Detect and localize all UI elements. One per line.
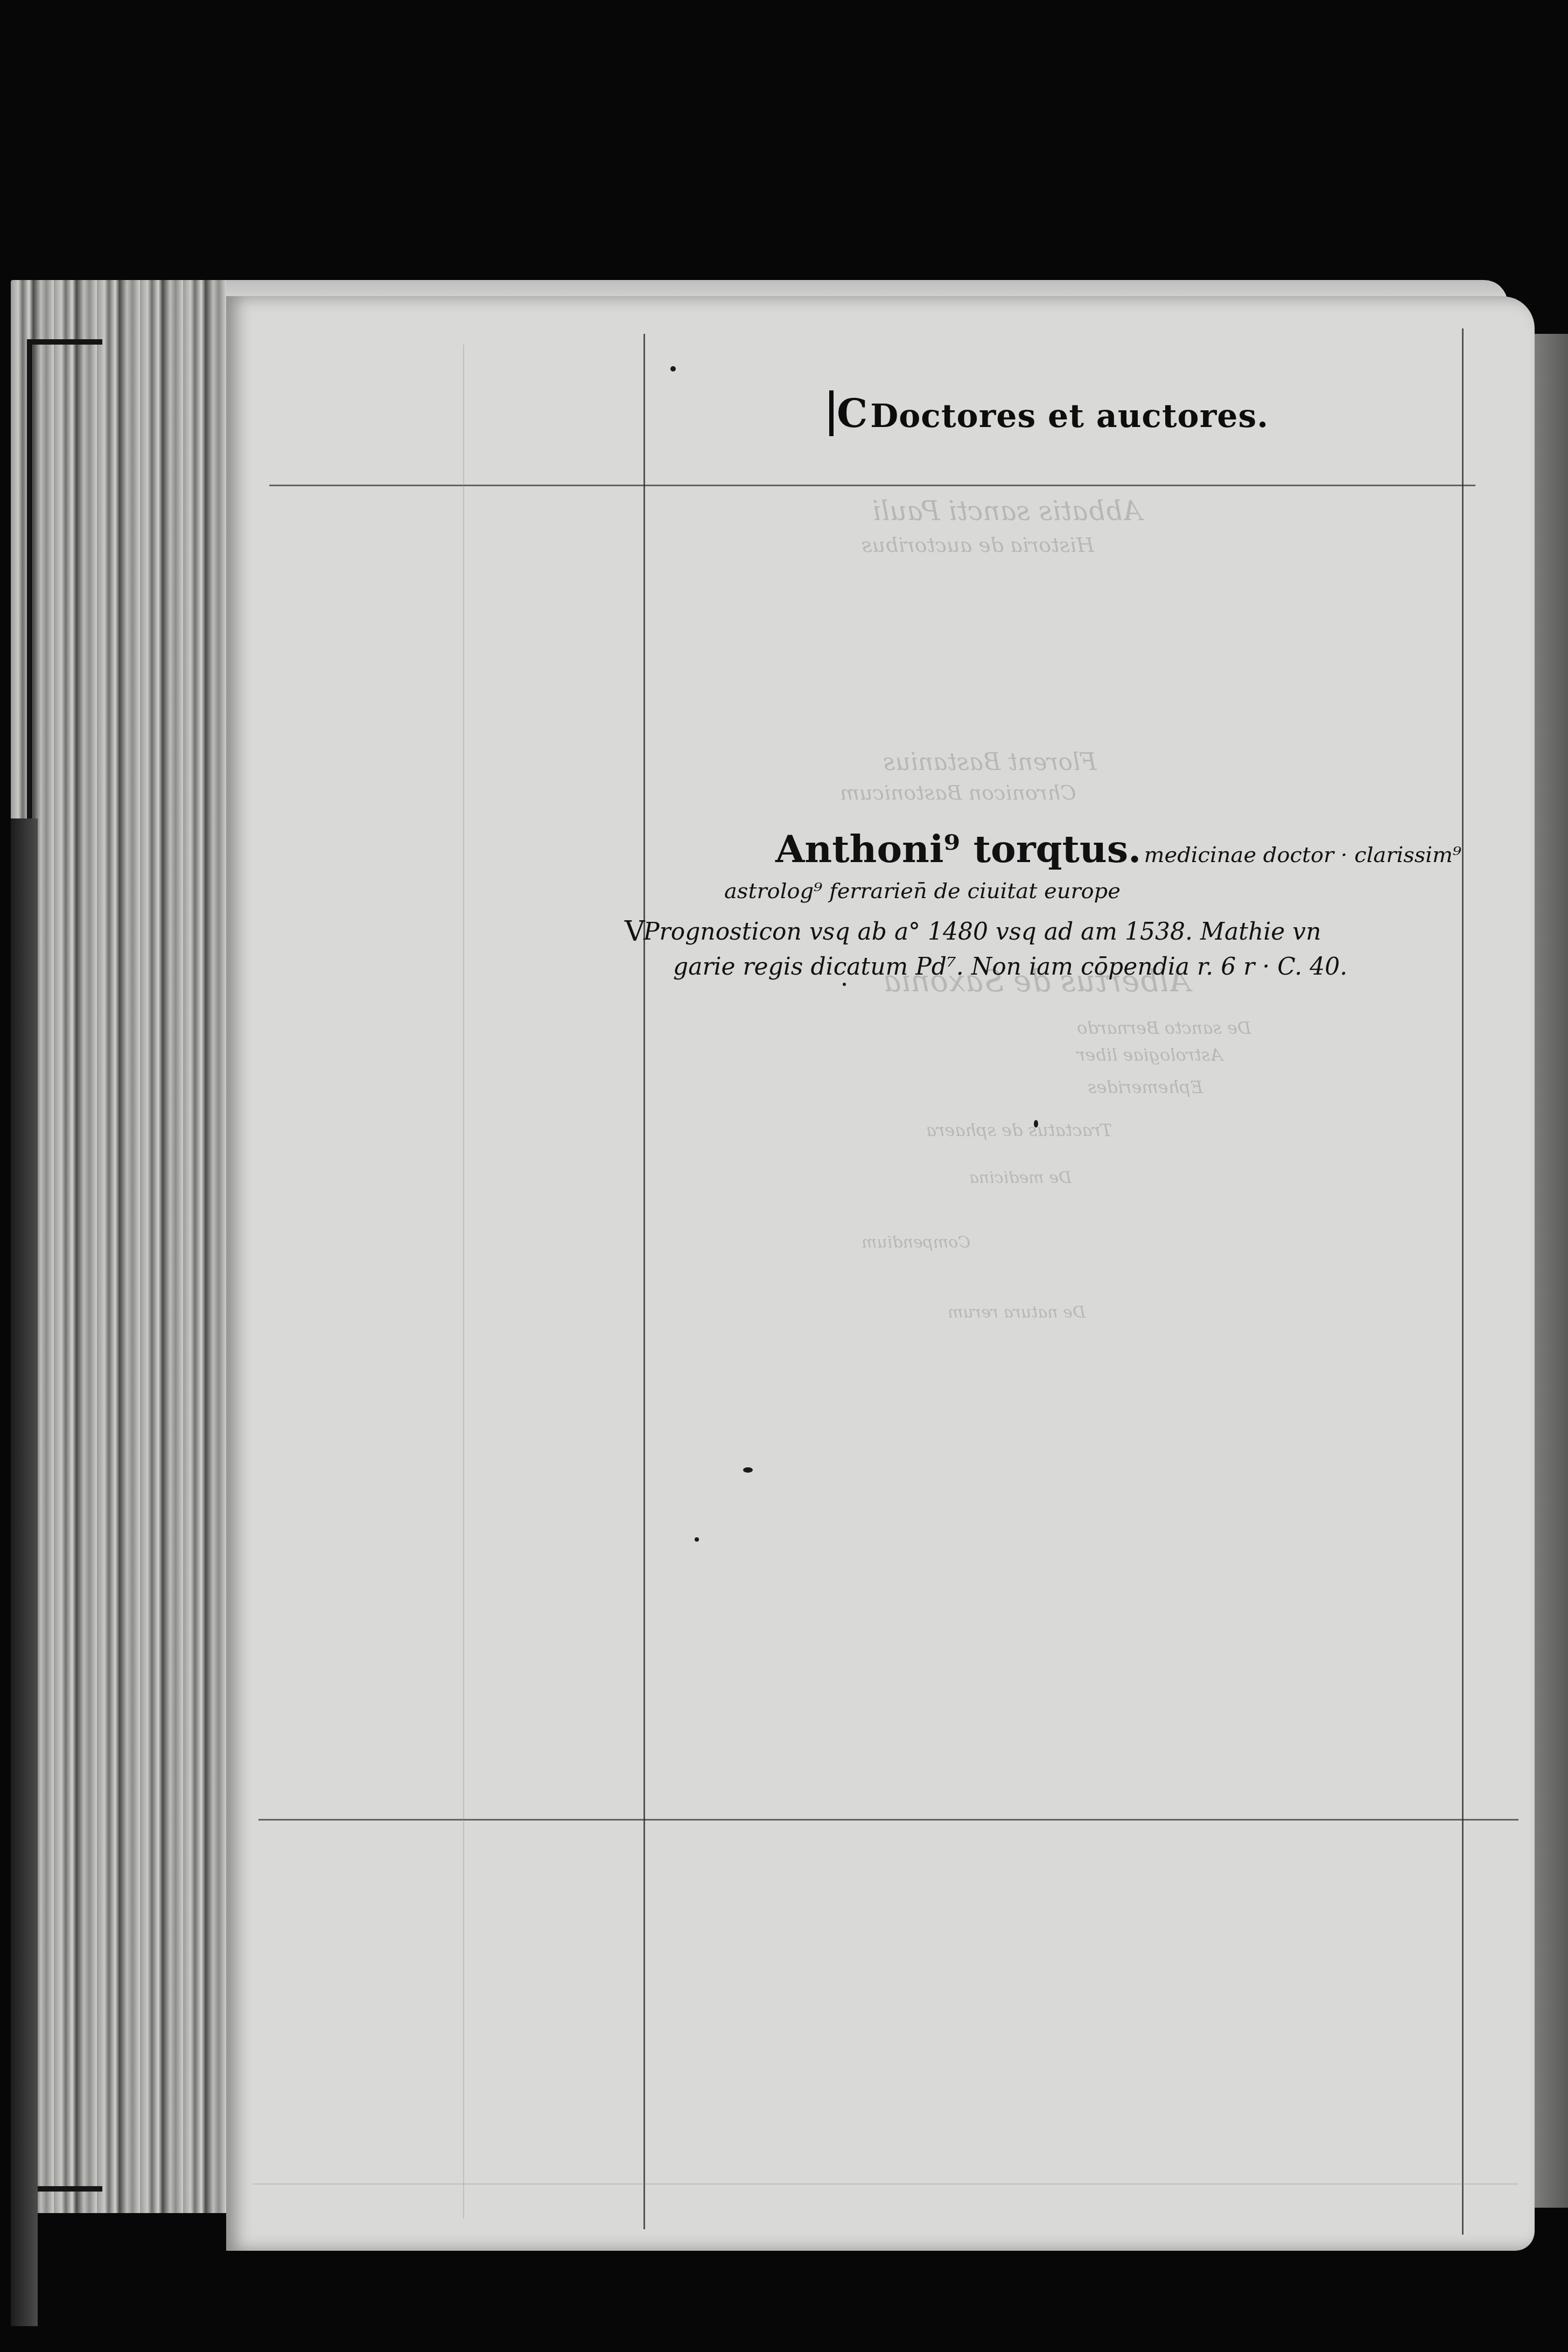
bleed-through-line: Ephemerides — [1088, 1077, 1203, 1097]
bleed-through-line: Chronicon Bastonicum — [840, 781, 1076, 804]
header-rule — [269, 485, 1475, 486]
ink-speck — [670, 366, 676, 372]
entry-description-1: medicinae doctor · clarissim⁹ — [1144, 843, 1461, 867]
entry-name: Anthoni⁹ torqtus. — [775, 827, 1142, 871]
page-stack-edges — [11, 280, 237, 2213]
bottom-page-rule — [253, 2183, 1518, 2185]
bleed-through-line: Tractatus de sphaera — [926, 1120, 1112, 1140]
bleed-through-line: De sancto Bernardo — [1077, 1018, 1251, 1038]
entry-heading: Anthoni⁹ torqtus. medicinae doctor · cla… — [775, 827, 1461, 871]
ink-speck — [1034, 1120, 1038, 1128]
entry-marker: V — [625, 915, 645, 948]
page-header: CDoctores et auctores. — [829, 390, 1269, 436]
entry-text-line-2: garie regis dicatum Pd⁷. Non iam cōpendi… — [673, 953, 1347, 981]
header-title: Doctores et auctores. — [870, 397, 1269, 435]
inner-margin-rule — [463, 345, 464, 2218]
bleed-through-line: Compendium — [862, 1233, 970, 1252]
ink-speck — [843, 983, 846, 986]
ink-speck — [695, 1537, 699, 1542]
bleed-through-line: Astrologiae liber — [1077, 1045, 1223, 1065]
bleed-through-line: Historia de auctoribus — [862, 533, 1094, 557]
entry-description-2: astrolog⁹ ferrarien̄ de ciuitat europe — [724, 879, 1121, 904]
binding-edge — [11, 818, 38, 2326]
bleed-through-line: De natura rerum — [948, 1303, 1086, 1322]
bleed-through-line: Abbatis sancti Pauli — [872, 495, 1142, 527]
book-cover-right — [1535, 334, 1568, 2208]
bleed-through-line: De medicina — [969, 1168, 1072, 1187]
right-column-rule — [1462, 328, 1464, 2235]
entry-text-line-1: Prognosticon vsq ab a° 1480 vsq ad am 15… — [643, 918, 1321, 946]
footer-rule — [258, 1819, 1518, 1821]
bleed-through-line: Florent Bastanius — [883, 748, 1097, 776]
header-initial: C — [829, 390, 868, 436]
manuscript-page — [226, 296, 1535, 2251]
ink-speck — [743, 1467, 753, 1473]
left-column-rule — [643, 334, 645, 2229]
